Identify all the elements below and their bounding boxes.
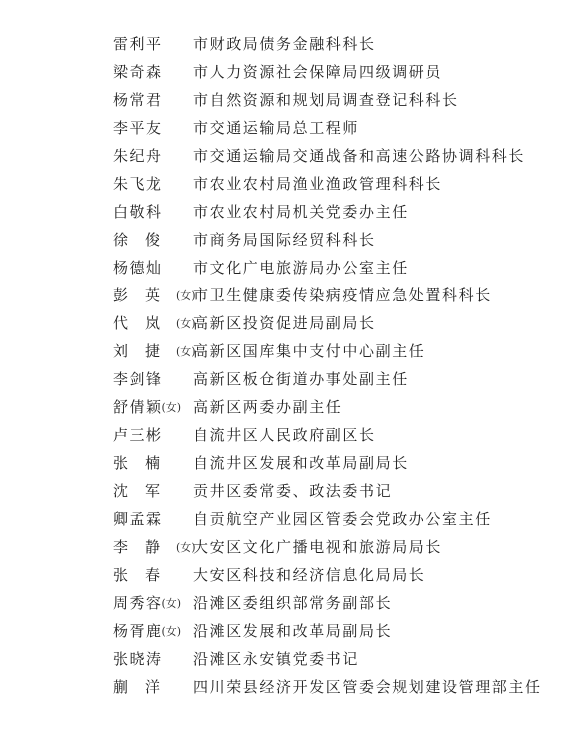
list-item: 杨德灿 市文化广电旅游局办公室主任: [113, 255, 573, 283]
person-name: 舒倩颖 (女): [113, 394, 193, 422]
person-title: 自流井区人民政府副区长: [193, 422, 376, 450]
person-name-text: 沈军: [113, 478, 177, 506]
person-name-text: 蒯洋: [113, 674, 177, 702]
person-name: 张晓涛: [113, 646, 193, 674]
person-name: 卢三彬: [113, 422, 193, 450]
list-item: 卢三彬 自流井区人民政府副区长: [113, 422, 573, 450]
person-title: 高新区国库集中支付中心副主任: [193, 338, 425, 366]
person-title: 四川荣县经济开发区管委会规划建设管理部主任: [193, 674, 542, 702]
person-name: 张楠: [113, 450, 193, 478]
gender-marker: (女): [162, 618, 182, 646]
person-title: 市农业农村局机关党委办主任: [193, 199, 409, 227]
person-name-text: 李剑锋: [113, 366, 163, 394]
person-name-text: 张春: [113, 562, 177, 590]
person-name: 杨德灿: [113, 255, 193, 283]
person-title: 市财政局债务金融科科长: [193, 31, 376, 59]
gender-marker: (女): [162, 394, 182, 422]
list-item: 刘捷 (女) 高新区国库集中支付中心副主任: [113, 338, 573, 366]
person-name-text: 杨胥鹿: [113, 618, 163, 646]
list-item: 张晓涛 沿滩区永安镇党委书记: [113, 646, 573, 674]
person-title: 大安区文化广播电视和旅游局局长: [193, 534, 442, 562]
person-name-text: 李平友: [113, 115, 163, 143]
list-item: 李平友 市交通运输局总工程师: [113, 115, 573, 143]
person-name: 李静 (女): [113, 534, 193, 562]
list-item: 李静 (女) 大安区文化广播电视和旅游局局长: [113, 534, 573, 562]
list-item: 杨常君 市自然资源和规划局调查登记科科长: [113, 87, 573, 115]
list-item: 朱纪舟 市交通运输局交通战备和高速公路协调科科长: [113, 143, 573, 171]
person-name: 张春: [113, 562, 193, 590]
person-name-text: 杨常君: [113, 87, 163, 115]
person-title: 自流井区发展和改革局副局长: [193, 450, 409, 478]
list-item: 沈军 贡井区委常委、政法委书记: [113, 478, 573, 506]
gender-marker: (女): [162, 590, 182, 618]
person-name-text: 杨德灿: [113, 255, 163, 283]
list-item: 雷利平 市财政局债务金融科科长: [113, 31, 573, 59]
person-title: 自贡航空产业园区管委会党政办公室主任: [193, 506, 492, 534]
list-item: 蒯洋 四川荣县经济开发区管委会规划建设管理部主任: [113, 674, 573, 702]
person-name: 雷利平: [113, 31, 193, 59]
person-name: 朱飞龙: [113, 171, 193, 199]
person-name: 杨常君: [113, 87, 193, 115]
person-name-text: 彭英: [113, 282, 177, 310]
person-title: 大安区科技和经济信息化局局长: [193, 562, 425, 590]
list-item: 代岚 (女) 高新区投资促进局副局长: [113, 310, 573, 338]
person-name: 代岚 (女): [113, 310, 193, 338]
person-name-text: 李静: [113, 534, 177, 562]
person-name: 徐俊: [113, 227, 193, 255]
list-item: 周秀容 (女) 沿滩区委组织部常务副部长: [113, 590, 573, 618]
person-name-text: 梁奇森: [113, 59, 163, 87]
person-title: 市自然资源和规划局调查登记科科长: [193, 87, 459, 115]
person-name: 周秀容 (女): [113, 590, 193, 618]
list-item: 张春 大安区科技和经济信息化局局长: [113, 562, 573, 590]
person-name: 沈军: [113, 478, 193, 506]
person-name-text: 舒倩颖: [113, 394, 163, 422]
person-title: 市交通运输局总工程师: [193, 115, 359, 143]
person-name-text: 白敬科: [113, 199, 163, 227]
person-title: 市卫生健康委传染病疫情应急处置科科长: [193, 282, 492, 310]
list-item: 李剑锋 高新区板仓街道办事处副主任: [113, 366, 573, 394]
person-title: 沿滩区永安镇党委书记: [193, 646, 359, 674]
list-item: 梁奇森 市人力资源社会保障局四级调研员: [113, 59, 573, 87]
person-title: 市农业农村局渔业渔政管理科科长: [193, 171, 442, 199]
person-name-text: 朱纪舟: [113, 143, 163, 171]
list-item: 舒倩颖 (女) 高新区两委办副主任: [113, 394, 573, 422]
person-name: 蒯洋: [113, 674, 193, 702]
list-item: 白敬科 市农业农村局机关党委办主任: [113, 199, 573, 227]
person-name: 杨胥鹿 (女): [113, 618, 193, 646]
person-title: 市交通运输局交通战备和高速公路协调科科长: [193, 143, 525, 171]
person-name-text: 徐俊: [113, 227, 177, 255]
person-name-text: 周秀容: [113, 590, 163, 618]
person-name-text: 张晓涛: [113, 646, 163, 674]
person-name-text: 卿孟霖: [113, 506, 163, 534]
person-name: 李剑锋: [113, 366, 193, 394]
person-name: 李平友: [113, 115, 193, 143]
person-title: 贡井区委常委、政法委书记: [193, 478, 392, 506]
person-title: 高新区板仓街道办事处副主任: [193, 366, 409, 394]
person-name-text: 卢三彬: [113, 422, 163, 450]
person-name: 白敬科: [113, 199, 193, 227]
personnel-list: 雷利平 市财政局债务金融科科长 梁奇森 市人力资源社会保障局四级调研员 杨常君 …: [113, 31, 573, 702]
person-title: 市商务局国际经贸科科长: [193, 227, 376, 255]
person-name-text: 雷利平: [113, 31, 163, 59]
list-item: 张楠 自流井区发展和改革局副局长: [113, 450, 573, 478]
person-name: 彭英 (女): [113, 282, 193, 310]
person-name: 朱纪舟: [113, 143, 193, 171]
person-title: 沿滩区委组织部常务副部长: [193, 590, 392, 618]
person-name-text: 代岚: [113, 310, 177, 338]
person-name: 刘捷 (女): [113, 338, 193, 366]
person-name: 卿孟霖: [113, 506, 193, 534]
person-name-text: 刘捷: [113, 338, 177, 366]
list-item: 朱飞龙 市农业农村局渔业渔政管理科科长: [113, 171, 573, 199]
person-name-text: 张楠: [113, 450, 177, 478]
person-title: 高新区两委办副主任: [193, 394, 342, 422]
person-name: 梁奇森: [113, 59, 193, 87]
person-title: 高新区投资促进局副局长: [193, 310, 376, 338]
list-item: 卿孟霖 自贡航空产业园区管委会党政办公室主任: [113, 506, 573, 534]
list-item: 杨胥鹿 (女) 沿滩区发展和改革局副局长: [113, 618, 573, 646]
person-title: 沿滩区发展和改革局副局长: [193, 618, 392, 646]
person-title: 市文化广电旅游局办公室主任: [193, 255, 409, 283]
list-item: 彭英 (女) 市卫生健康委传染病疫情应急处置科科长: [113, 282, 573, 310]
person-title: 市人力资源社会保障局四级调研员: [193, 59, 442, 87]
list-item: 徐俊 市商务局国际经贸科科长: [113, 227, 573, 255]
person-name-text: 朱飞龙: [113, 171, 163, 199]
